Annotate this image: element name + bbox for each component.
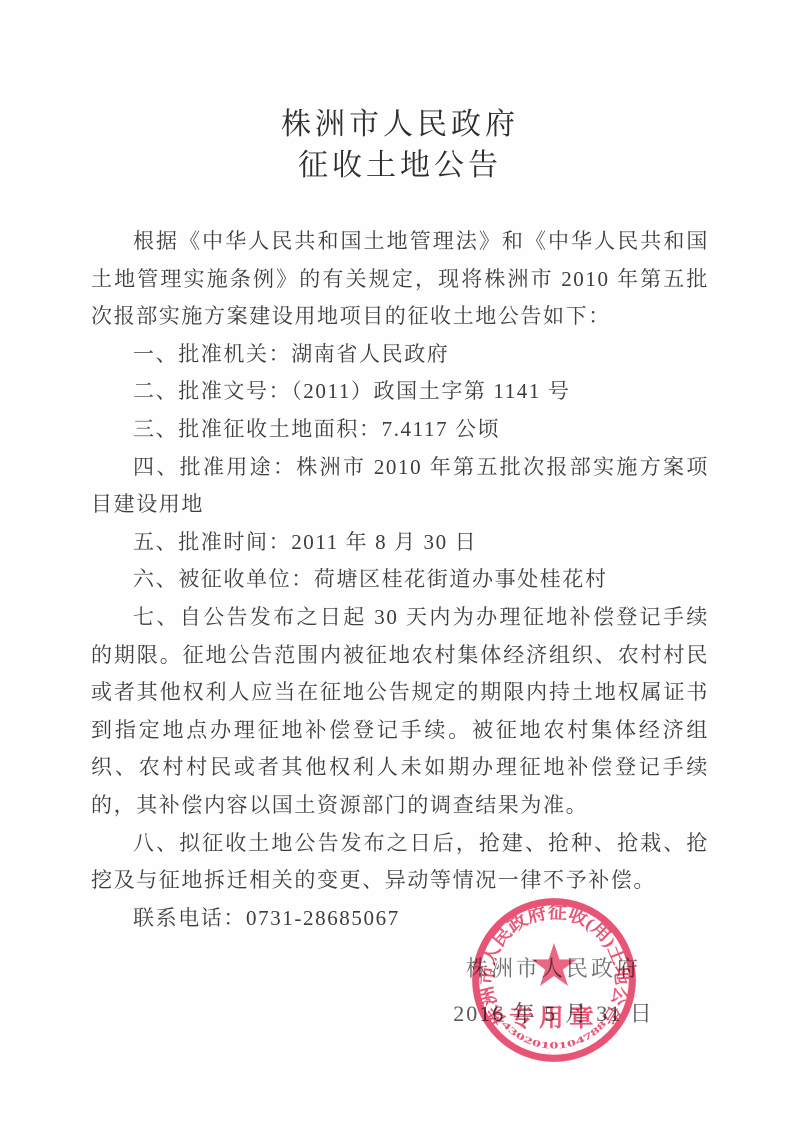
title-line-notice: 征收土地公告 [0, 145, 800, 186]
notice-item-8: 八、拟征收土地公告发布之日后，抢建、抢种、抢栽、抢挖及与征地拆迁相关的变更、异动… [91, 825, 709, 900]
stamp-star-icon [531, 943, 576, 986]
notice-item-7: 七、自公告发布之日起 30 天内为办理征地补偿登记手续的期限。征地公告范围内被征… [91, 599, 709, 825]
stamp-ring [476, 902, 633, 1059]
title-line-government: 株洲市人民政府 [0, 104, 800, 145]
stamp-label: 专用章 [509, 1003, 599, 1032]
notice-item-4: 四、批准用途：株洲市 2010 年第五批次报部实施方案项目建设用地 [91, 449, 709, 524]
notice-item-6: 六、被征收单位：荷塘区桂花街道办事处桂花村 [91, 561, 709, 599]
official-stamp: 株洲市人民政府征收(用)土地公告 专用章 4302010104788 [466, 892, 642, 1068]
notice-item-3: 三、批准征收土地面积：7.4117 公顷 [91, 411, 709, 449]
intro-paragraph: 根据《中华人民共和国土地管理法》和《中华人民共和国土地管理实施条例》的有关规定，… [91, 223, 709, 336]
document-page: 株洲市人民政府 征收土地公告 根据《中华人民共和国土地管理法》和《中华人民共和国… [0, 0, 800, 1123]
notice-item-1: 一、批准机关：湖南省人民政府 [91, 336, 709, 374]
document-title: 株洲市人民政府 征收土地公告 [0, 104, 800, 186]
notice-item-5: 五、批准时间：2011 年 8 月 30 日 [91, 524, 709, 562]
notice-body: 根据《中华人民共和国土地管理法》和《中华人民共和国土地管理实施条例》的有关规定，… [91, 223, 709, 937]
notice-item-2: 二、批准文号：（2011）政国土字第 1141 号 [91, 373, 709, 411]
